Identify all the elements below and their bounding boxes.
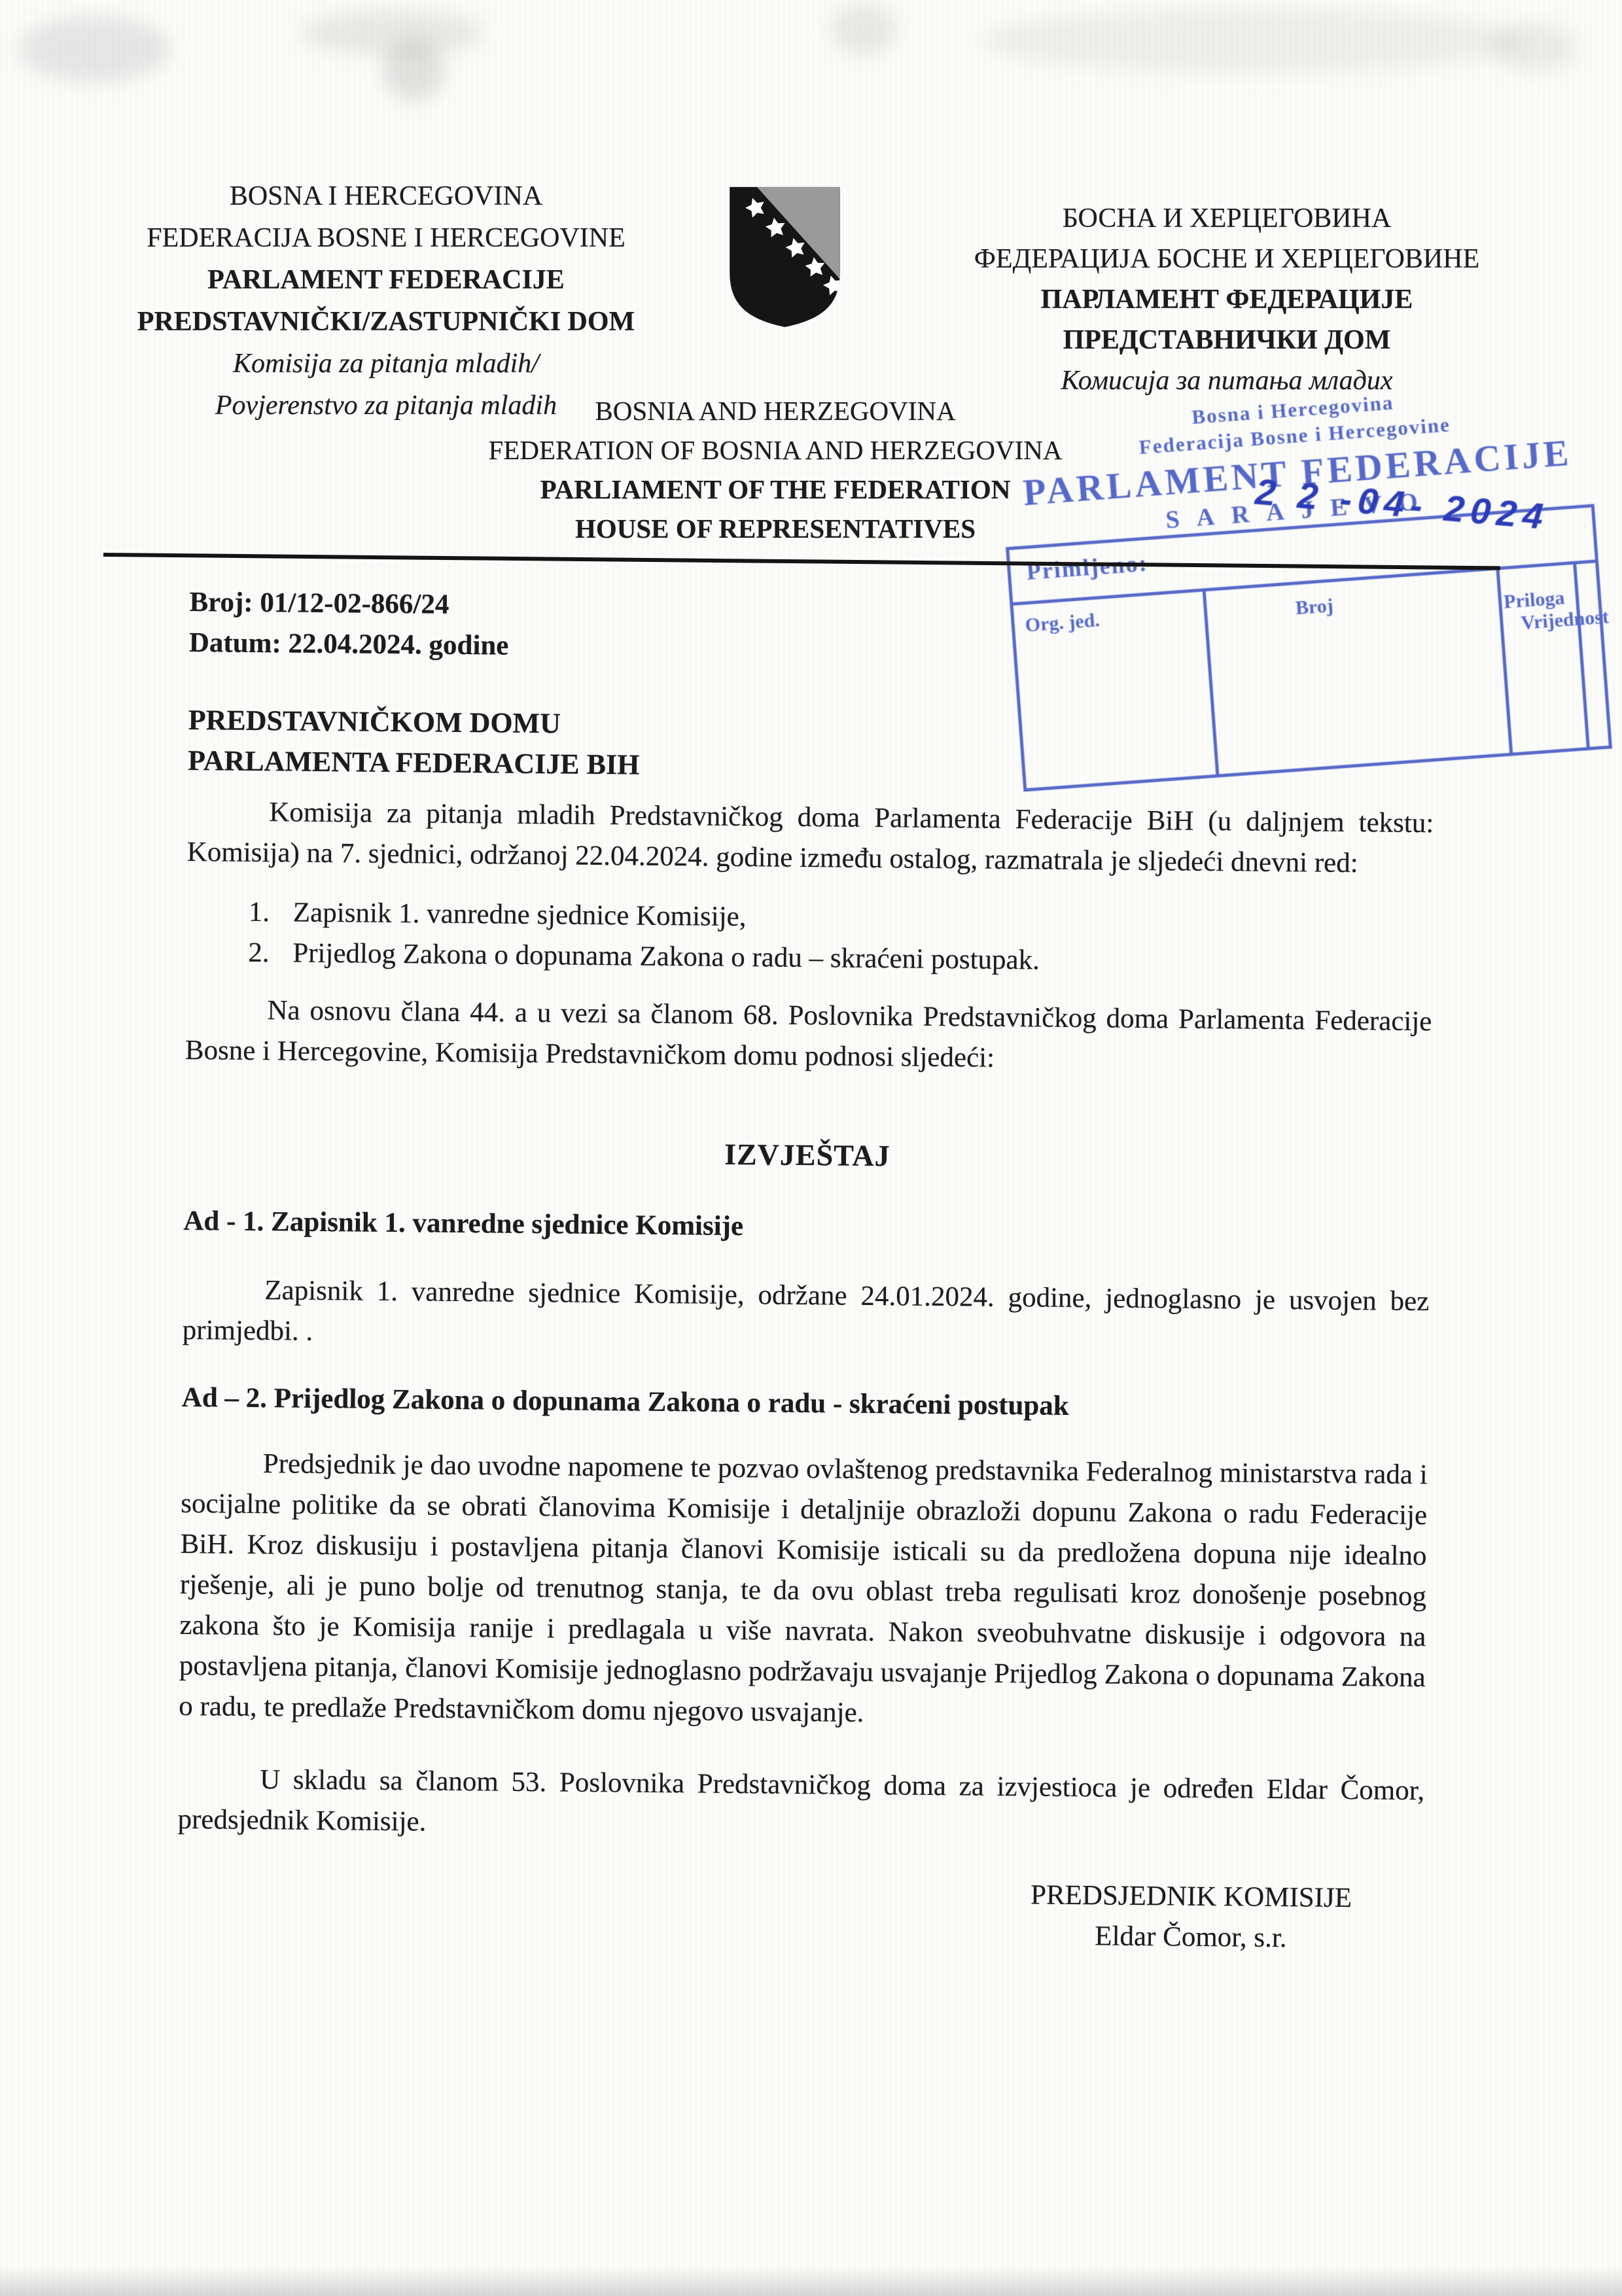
scan-artifact [383,39,445,101]
letterhead-line: ПАРЛАМЕНТ ФЕДЕРАЦИЈЕ [932,279,1521,320]
letterhead-cyrillic-block: БОСНА И ХЕРЦЕГОВИНА ФЕДЕРАЦИЈА БОСНЕ И Х… [932,198,1521,401]
received-stamp: Bosna i Hercegovina Federacija Bosne i H… [995,370,1616,791]
ad2-heading: Ad – 2. Prijedlog Zakona o dopunama Zako… [181,1378,1428,1430]
intro-paragraph: Komisija za pitanja mladih Predstavničko… [186,791,1434,884]
report-title: IZVJEŠTAJ [184,1129,1431,1181]
basis-paragraph: Na osnovu člana 44. a u vezi sa članom 6… [185,990,1432,1083]
agenda-item-text: Prijedlog Zakona o dopunama Zakona o rad… [292,933,1040,981]
scan-artifact [831,3,896,56]
scan-artifact [20,16,170,82]
stamp-received-label: Primljeno: [1025,549,1149,586]
scanned-document-page: BOSNA I HERCEGOVINA FEDERACIJA BOSNE I H… [0,0,1622,2296]
letterhead-line: FEDERACIJA BOSNE I HERCEGOVINE [98,217,674,259]
stamp-col-org-jed: Org. jed. [1025,609,1101,636]
letterhead-line: БОСНА И ХЕРЦЕГОВИНА [932,198,1521,239]
agenda-item-number: 2. [248,933,293,974]
letterhead-latin-block: BOSNA I HERCEGOVINA FEDERACIJA BOSNE I H… [98,175,674,426]
signature-block: PREDSJEDNIK KOMISIJE Eldar Čomor, s.r. [955,1874,1427,1960]
scan-artifact [981,8,1525,73]
stamp-table-divider [1203,591,1219,774]
letterhead-line: ФЕДЕРАЦИЈА БОСНЕ И ХЕРЦЕГОВИНЕ [932,239,1521,279]
ad2-paragraph: Predsjednik je dao uvodne napomene te po… [179,1443,1428,1739]
letterhead-line: PARLAMENT FEDERACIJE [98,259,674,301]
letterhead-line: Komisija za pitanja mladih/ [98,343,674,385]
agenda-item-number: 1. [249,892,294,933]
scan-artifact [1492,23,1577,72]
agenda-list: 1. Zapisnik 1. vanredne sjednice Komisij… [248,892,1433,984]
stamp-table: Primljeno: Org. jed. Broj Priloga Vrijed… [1006,504,1612,791]
signature-name: Eldar Čomor, s.r. [955,1915,1427,1960]
letterhead-line: BOSNA I HERCEGOVINA [98,175,674,217]
bih-coat-of-arms-icon [721,182,849,331]
ad1-paragraph: Zapisnik 1. vanredne sjednice Komisije, … [182,1270,1429,1363]
letterhead-line: ПРЕДСТАВНИЧКИ ДОМ [932,320,1521,360]
stamp-table-divider [1573,565,1589,748]
scan-edge-shadow [0,2267,1622,2296]
stamp-col-broj: Broj [1295,595,1334,619]
rapporteur-paragraph: U skladu sa članom 53. Poslovnika Predst… [177,1759,1424,1852]
agenda-item-text: Zapisnik 1. vanredne sjednice Komisije, [293,893,747,938]
ad1-heading: Ad - 1. Zapisnik 1. vanredne sjednice Ko… [183,1201,1430,1253]
letterhead-line: PREDSTAVNIČKI/ZASTUPNIČKI DOM [98,301,674,343]
signature-title: PREDSJEDNIK KOMISIJE [955,1874,1427,1919]
